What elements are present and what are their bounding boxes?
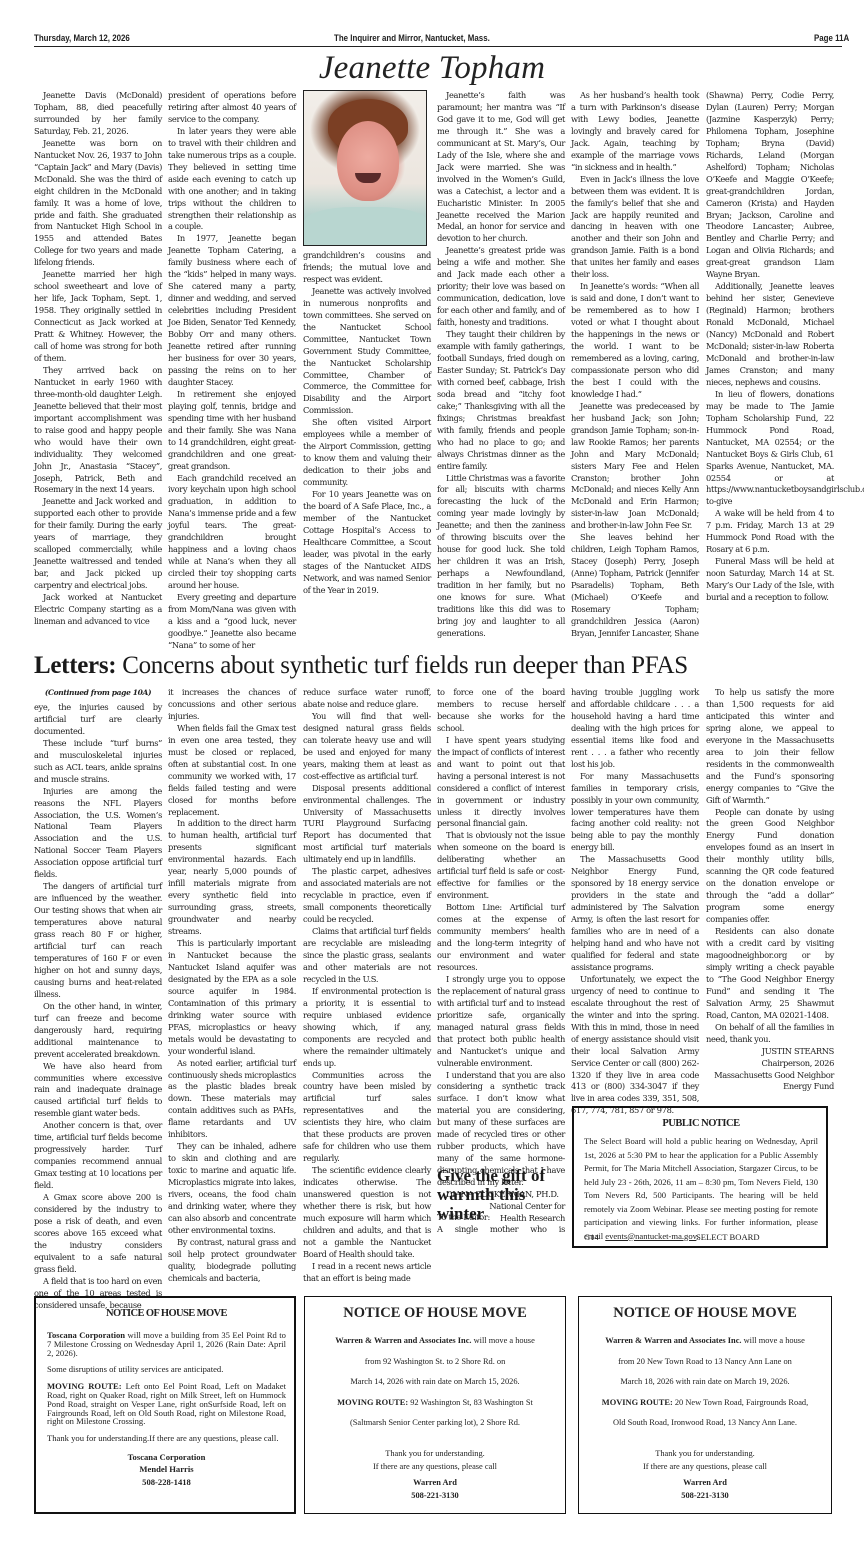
paragraph: A Gmax score above 200 is considered by … [34,1192,162,1276]
paragraph: This is particularly important in Nantuc… [168,938,296,1058]
paragraph: Every greeting and departure from Mom/Na… [168,592,296,652]
paragraph: She leaves behind her children, Leigh To… [571,532,699,640]
public-notice-body: The Select Board will hold a public hear… [584,1135,818,1243]
notice-route-cont: (Saltmarsh Senior Center parking lot), 2… [305,1413,565,1434]
paragraph: Unfortunately, we expect the urgency of … [571,974,699,1117]
obituary-photo [303,90,427,246]
notice-title: NOTICE OF HOUSE MOVE [47,1308,286,1319]
paragraph: Claims that artificial turf fields are r… [303,926,431,986]
salutation: To the Editor: [437,1212,565,1224]
paragraph: Jeanette Davis (McDonald) Topham, 88, di… [34,90,162,138]
notice-contact: Warren Ard508-221-3130 [305,1476,565,1502]
letter-signature-name: JUSTIN STEARNS [706,1046,834,1058]
paragraph: Residents can also donate with a credit … [706,926,834,1022]
letters-headline: Letters: Concerns about synthetic turf f… [34,652,688,680]
paragraph: For 10 years Jeanette was on the board o… [303,489,431,597]
paragraph: to force one of the board members to rec… [437,687,565,735]
continued-from-note: (Continued from page 10A) [34,687,162,699]
notice-intro: Toscana Corporation will move a building… [47,1331,286,1357]
notice-thanks: Thank you for understanding.If there are… [305,1447,565,1473]
paragraph: Jeanette was born on Nantucket Nov. 26, … [34,138,162,269]
letters-column-3: reduce surface water runoff, abate noise… [303,687,431,1285]
paragraph: You will find that well-designed natural… [303,711,431,783]
paragraph: She often visited Airport employees whil… [303,417,431,489]
obituary-title: Jeanette Topham [0,50,864,87]
paragraph: (Shawna) Perry, Codie Perry, Dylan (Laur… [706,90,834,281]
paragraph: Jeanette was actively involved in numero… [303,286,431,417]
notice-board: SELECT BOARD [696,1232,760,1242]
paragraph: The plastic carpet, adhesives and associ… [303,866,431,926]
paragraph: eye, the injuries caused by artificial t… [34,702,162,738]
paragraph: Another concern is that, over time, arti… [34,1120,162,1192]
notice-title: NOTICE OF HOUSE MOVE [305,1305,565,1322]
notice-contact-company: Toscana Corporation [47,1451,286,1464]
notice-phone: 508-228-1418 [47,1476,286,1489]
paragraph: In retirement she enjoyed playing golf, … [168,389,296,473]
paragraph: They arrived back on Nantucket in early … [34,365,162,496]
notice-dates: March 14, 2026 with rain date on March 1… [305,1372,565,1393]
paragraph: When fields fail the Gmax test in even o… [168,723,296,819]
paragraph: Injuries are among the reasons the NFL P… [34,786,162,882]
notice-title: NOTICE OF HOUSE MOVE [579,1305,831,1322]
notice-code: G14 [584,1232,599,1242]
paragraph: For many Massachusetts families in tempo… [571,771,699,855]
paragraph: On behalf of all the families in need, t… [706,1022,834,1046]
public-notice-footer: G14 SELECT BOARD [584,1232,818,1242]
paragraph: Jeanette and Jack worked and supported e… [34,496,162,592]
paragraph: That is obviously not the issue when som… [437,830,565,902]
paragraph: Even in Jack’s illness the love between … [571,174,699,282]
letters-label: Letters: [34,652,116,679]
letter-signature-org: Energy Fund [706,1081,834,1093]
paragraph: These include “turf burns” and musculosk… [34,738,162,786]
obituary-column-6: (Shawna) Perry, Codie Perry, Dylan (Laur… [706,90,834,604]
paragraph: Jack worked at Nantucket Electric Compan… [34,592,162,628]
paragraph: president of operations before retiring … [168,90,296,126]
public-notice-box: PUBLIC NOTICE The Select Board will hold… [572,1106,828,1248]
paragraph: By contrast, natural grass and soil help… [168,1237,296,1285]
paragraph: I strongly urge you to oppose the replac… [437,974,565,1070]
notice-route: MOVING ROUTE: Left onto Eel Point Road, … [47,1382,286,1426]
notice-disruption: Some disruptions of utility services are… [47,1365,286,1374]
paragraph: Additionally, Jeanette leaves behind her… [706,281,834,389]
notice-route: MOVING ROUTE: 92 Washington St, 83 Washi… [305,1393,565,1414]
paragraph: In addition to the direct harm to human … [168,818,296,938]
letters-column-4: to force one of the board members to rec… [437,687,565,1225]
paragraph: People can donate by using the green Goo… [706,807,834,927]
house-move-notice-new-town: NOTICE OF HOUSE MOVE Warren & Warren and… [578,1296,832,1514]
paragraph: They can be inhaled, adhere to skin and … [168,1141,296,1237]
paragraph: Jeanette’s faith was paramount; her mant… [437,90,565,245]
obituary-column-2: president of operations before retiring … [168,90,296,652]
paragraph: In later years they were able to travel … [168,126,296,234]
paragraph: The Massachusetts Good Neighbor Energy F… [571,854,699,974]
masthead: Thursday, March 12, 2026 The Inquirer an… [34,0,842,47]
paragraph: The dangers of artificial turf are influ… [34,881,162,1001]
notice-thanks: Thank you for understanding.If there are… [47,1434,286,1443]
paragraph: In lieu of flowers, donations may be mad… [706,389,834,509]
paragraph: To help us satisfy the more than 1,500 r… [706,687,834,807]
issue-date: Thursday, March 12, 2026 [34,33,130,43]
paragraph: Communities across the country have been… [303,1070,431,1166]
obituary-column-1: Jeanette Davis (McDonald) Topham, 88, di… [34,90,162,628]
notice-dates: March 18, 2026 with rain date on March 1… [579,1372,831,1393]
paragraph: We have also heard from communities wher… [34,1061,162,1121]
notice-route-cont: Old South Road, Ironwood Road, 13 Nancy … [579,1413,831,1434]
paragraph: I read in a recent news article that an … [303,1261,431,1285]
house-move-notice-toscana: NOTICE OF HOUSE MOVE Toscana Corporation… [34,1296,296,1514]
letter-signature-title: Chairperson, 2026 [706,1058,834,1070]
paragraph: On the other hand, in winter, turf can f… [34,1001,162,1061]
paragraph: In 1977, Jeanette began Jeanette Topham … [168,233,296,388]
paragraph: Bottom Line: Artificial turf comes at th… [437,902,565,974]
paragraph: If environmental protection is a priorit… [303,986,431,1070]
notice-intro: Warren & Warren and Associates Inc. will… [579,1331,831,1352]
gift-letter-column-1: having trouble juggling work and afforda… [571,687,699,1117]
paragraph: In Jeanette’s words: “When all is said a… [571,281,699,401]
paragraph: having trouble juggling work and afforda… [571,687,699,771]
paragraph: I have spent years studying the impact o… [437,735,565,831]
letters-headline-text: Concerns about synthetic turf fields run… [116,652,688,679]
notice-contact-name: Mendel Harris [47,1463,286,1476]
paragraph: A wake will be held from 4 to 7 p.m. Fri… [706,508,834,556]
letter-signature-org: Massachusetts Good Neighbor [706,1070,834,1082]
notice-contact: Warren Ard508-221-3130 [579,1476,831,1502]
obituary-column-5: As her husband’s health took a turn with… [571,90,699,640]
letters-column-1: (Continued from page 10A) eye, the injur… [34,687,162,1312]
paragraph: A single mother who is [437,1224,565,1236]
page-number: Page 11A [814,33,849,43]
paragraph: Jeanette married her high school sweethe… [34,269,162,365]
notice-thanks: Thank you for understanding.If there are… [579,1447,831,1473]
obituary-column-4: Jeanette’s faith was paramount; her mant… [437,90,565,640]
gift-letter-column-2: To help us satisfy the more than 1,500 r… [706,687,834,1093]
obituary-column-3: grandchildren’s cousins and friends; the… [303,250,431,597]
paragraph: The scientific evidence clearly indicate… [303,1165,431,1261]
paragraph: Little Christmas was a favorite for all;… [437,473,565,640]
notice-addresses: from 20 New Town Road to 13 Nancy Ann La… [579,1352,831,1373]
gift-letter-opening: To the Editor: A single mother who is [437,1212,565,1236]
paragraph: Funeral Mass will be held at noon Saturd… [706,556,834,604]
paragraph: They taught their children by example wi… [437,329,565,472]
paragraph: it increases the chances of concussions … [168,687,296,723]
paragraph: As noted earlier, artificial turf contin… [168,1058,296,1142]
notice-addresses: from 92 Washington St. to 2 Shore Rd. on [305,1352,565,1373]
paragraph: Each grandchild received an ivory keycha… [168,473,296,593]
paragraph: Disposal presents additional environment… [303,783,431,867]
paragraph: Jeanette was predeceased by her husband … [571,401,699,532]
paragraph: As her husband’s health took a turn with… [571,90,699,174]
paragraph: Jeanette’s greatest pride was being a wi… [437,245,565,329]
notice-intro: Warren & Warren and Associates Inc. will… [305,1331,565,1352]
letters-column-2: it increases the chances of concussions … [168,687,296,1285]
house-move-notice-washington: NOTICE OF HOUSE MOVE Warren & Warren and… [304,1296,566,1514]
paragraph: grandchildren’s cousins and friends; the… [303,250,431,286]
public-notice-title: PUBLIC NOTICE [584,1118,818,1129]
paragraph: reduce surface water runoff, abate noise… [303,687,431,711]
newspaper-name: The Inquirer and Mirror, Nantucket, Mass… [334,33,490,43]
notice-route: MOVING ROUTE: 20 New Town Road, Fairgrou… [579,1393,831,1414]
